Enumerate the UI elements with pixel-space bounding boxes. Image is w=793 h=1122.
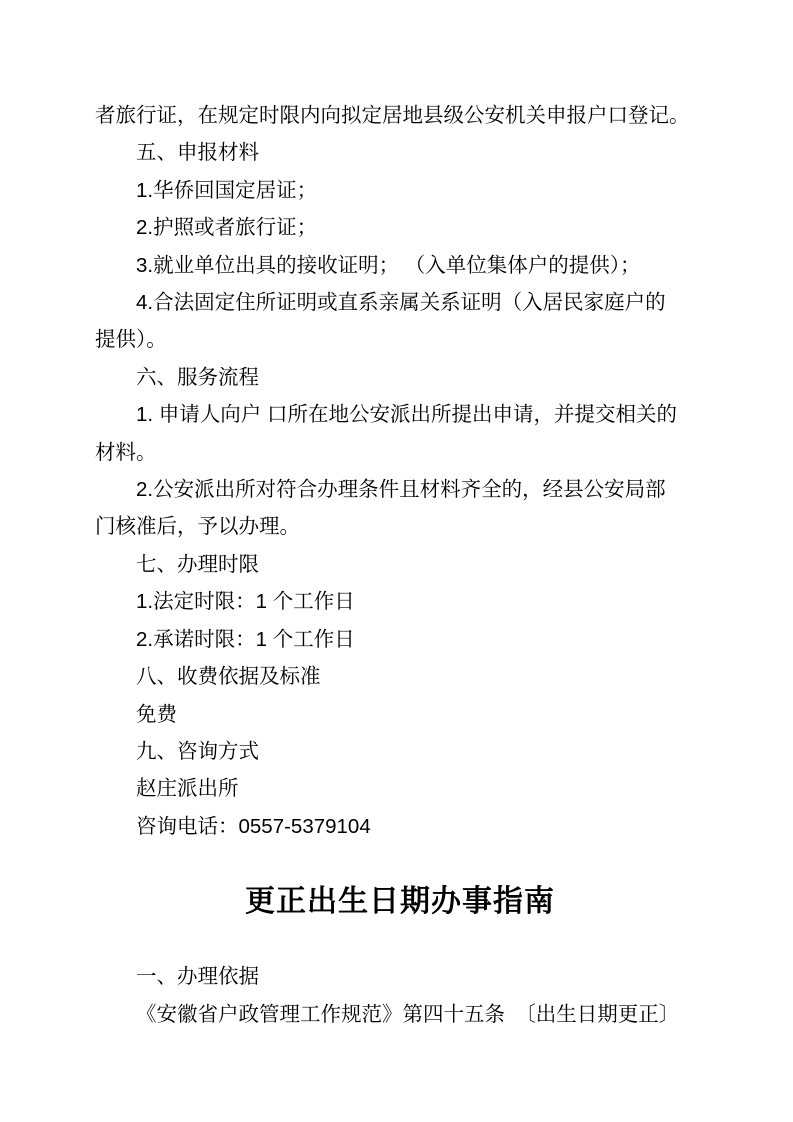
list-item: 赵庄派出所 [95,770,705,807]
section-heading-fees: 八、收费依据及标准 [95,658,705,695]
section-heading-contact: 九、咨询方式 [95,733,705,770]
list-item: 免费 [95,696,705,733]
section-heading-materials: 五、申报材料 [95,134,705,171]
section-heading-process: 六、服务流程 [95,359,705,396]
list-item: 2.护照或者旅行证； [95,209,705,246]
list-item: 2.承诺时限：1 个工作日 [95,621,705,658]
list-item: 4.合法固定住所证明或直系亲属关系证明（入居民家庭户的 提供）。 [95,284,705,359]
section-heading-basis: 一、办理依据 [95,958,705,995]
list-item: 3.就业单位出具的接收证明； （入单位集体户的提供）； [95,247,705,284]
page-title: 更正出生日期办事指南 [95,872,705,932]
list-item: 2.公安派出所对符合办理条件且材料齐全的，经县公安局部 门核准后，予以办理。 [95,471,705,546]
list-item: 1. 申请人向户 口所在地公安派出所提出申请，并提交相关的 材料。 [95,396,705,471]
contact-phone-line: 咨询电话：0557-5379104 [95,808,705,845]
document-page: 者旅行证，在规定时限内向拟定居地县级公安机关申报户口登记。 五、申报材料 1.华… [0,0,793,1122]
list-item: 《安徽省户政管理工作规范》第四十五条 〔出生日期更正〕 [95,996,705,1033]
paragraph-continuation: 者旅行证，在规定时限内向拟定居地县级公安机关申报户口登记。 [95,97,705,134]
list-item: 1.法定时限：1 个工作日 [95,583,705,620]
list-item: 1.华侨回国定居证； [95,172,705,209]
section-heading-time-limit: 七、办理时限 [95,546,705,583]
